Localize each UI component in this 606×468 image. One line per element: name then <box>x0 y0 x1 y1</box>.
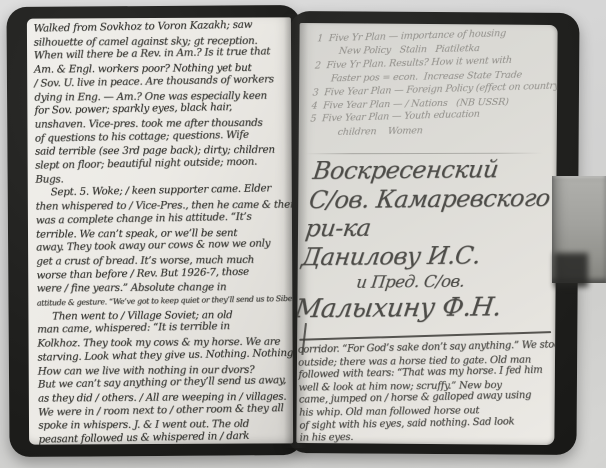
handwriting-line: in his eyes. <box>300 429 554 445</box>
notebook-strap <box>552 176 606 283</box>
faint-rule <box>305 153 543 155</box>
pencil-notes: 1 Five Yr Plan — importance of housing N… <box>309 28 558 140</box>
right-page: 1 Five Yr Plan — importance of housing N… <box>296 23 557 445</box>
left-page-handwriting: Walked from Sovkhoz to Voron Kazakh; saw… <box>33 19 293 444</box>
photo-background: Walked from Sovkhoz to Voron Kazakh; saw… <box>0 0 606 468</box>
cyrillic-line: Воскресенский <box>311 155 558 186</box>
cyrillic-line: С/ов. Камаревского <box>307 183 557 214</box>
cyrillic-line: и Пред. С/ов. <box>297 269 550 295</box>
handwriting-line: Walked from Sovkhoz to Voron Kazakh; saw <box>33 18 289 36</box>
cyrillic-line: Малыхину Ф.Н. <box>296 293 546 324</box>
bottom-note-handwriting: corridor. “For God’s sake don’t say anyt… <box>298 339 554 445</box>
handwriting-line: away. They took away our cows & now we o… <box>36 237 292 255</box>
cyrillic-note: ВоскресенскийС/ов. Камаревскогори-каДани… <box>296 155 557 324</box>
cyrillic-line: Данилову И.С. <box>300 240 554 271</box>
cyrillic-line: ри-ка <box>304 212 558 243</box>
left-page: Walked from Sovkhoz to Voron Kazakh; saw… <box>27 17 293 444</box>
handwriting-line: But we can’t say anything or they’ll sen… <box>38 374 293 392</box>
